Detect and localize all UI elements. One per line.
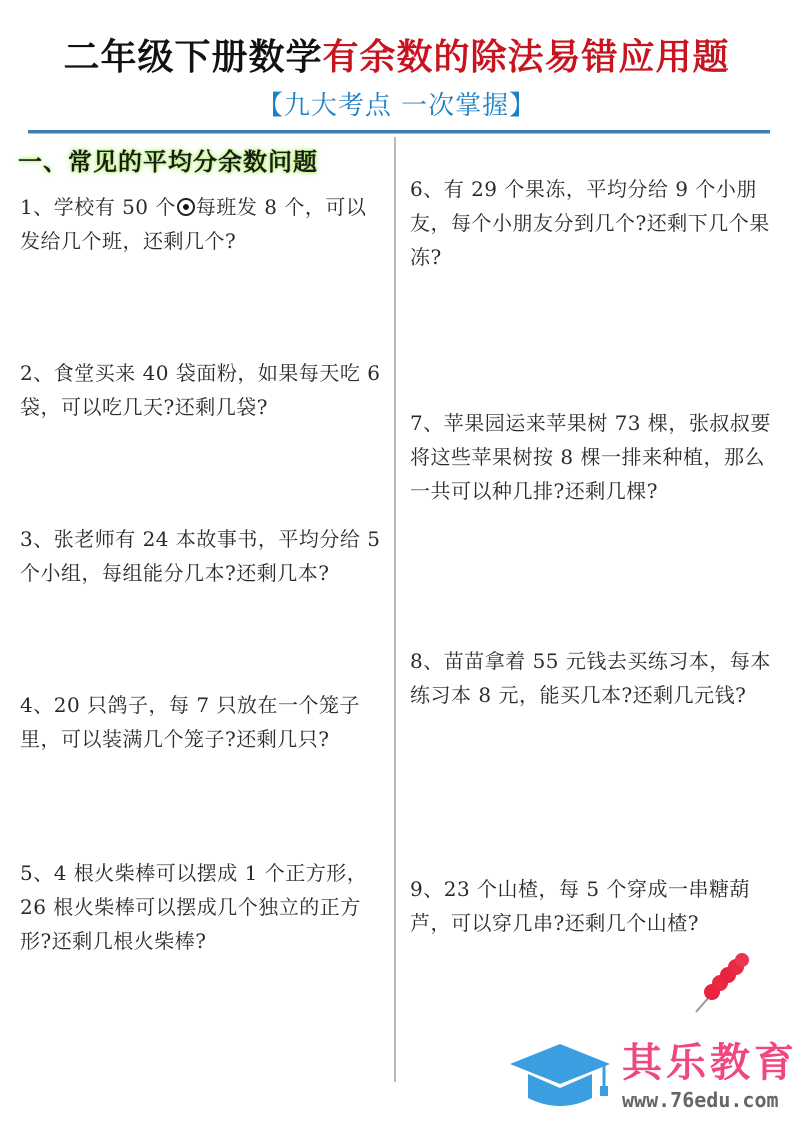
page-title: 二年级下册数学有余数的除法易错应用题 [0,36,793,80]
question-6: 6、有 29 个果冻，平均分给 9 个小朋友，每个小朋友分到几个?还剩下几个果冻… [410,172,780,274]
question-1-text-start: 1、学校有 50 个 [20,195,176,219]
logo-url: www.76edu.com [622,1088,779,1112]
header-divider [28,130,770,134]
question-2: 2、食堂买来 40 袋面粉，如果每天吃 6 袋，可以吃几天?还剩几袋? [20,356,386,424]
soccer-ball-icon [177,198,195,216]
question-3: 3、张老师有 24 本故事书，平均分给 5 个小组，每组能分几本?还剩几本? [20,522,386,590]
footer-logo: 其乐教育 www.76edu.com [510,1040,790,1115]
logo-name: 其乐教育 [622,1040,793,1086]
section-title: 一、常见的平均分余数问题 [18,144,318,180]
page-subtitle: 【九大考点 一次掌握】 [0,88,793,124]
question-8: 8、苗苗拿着 55 元钱去买练习本，每本练习本 8 元，能买几本?还剩几元钱? [410,644,780,712]
title-red-part: 有余数的除法易错应用题 [323,37,730,78]
question-7: 7、苹果园运来苹果树 73 棵，张叔叔要将这些苹果树按 8 棵一排来种植，那么一… [410,406,780,508]
title-black-part: 二年级下册数学 [63,37,322,78]
column-divider [394,137,396,1082]
graduation-cap-icon [510,1042,610,1112]
question-5: 5、4 根火柴棒可以摆成 1 个正方形，26 根火柴棒可以摆成几个独立的正方形?… [20,856,386,958]
candied-hawthorn-icon [690,948,760,1018]
question-4: 4、20 只鸽子，每 7 只放在一个笼子里，可以装满几个笼子?还剩几只? [20,688,386,756]
question-1: 1、学校有 50 个每班发 8 个，可以发给几个班，还剩几个? [20,190,386,258]
question-9: 9、23 个山楂，每 5 个穿成一串糖葫芦，可以穿几串?还剩几个山楂? [410,872,780,940]
